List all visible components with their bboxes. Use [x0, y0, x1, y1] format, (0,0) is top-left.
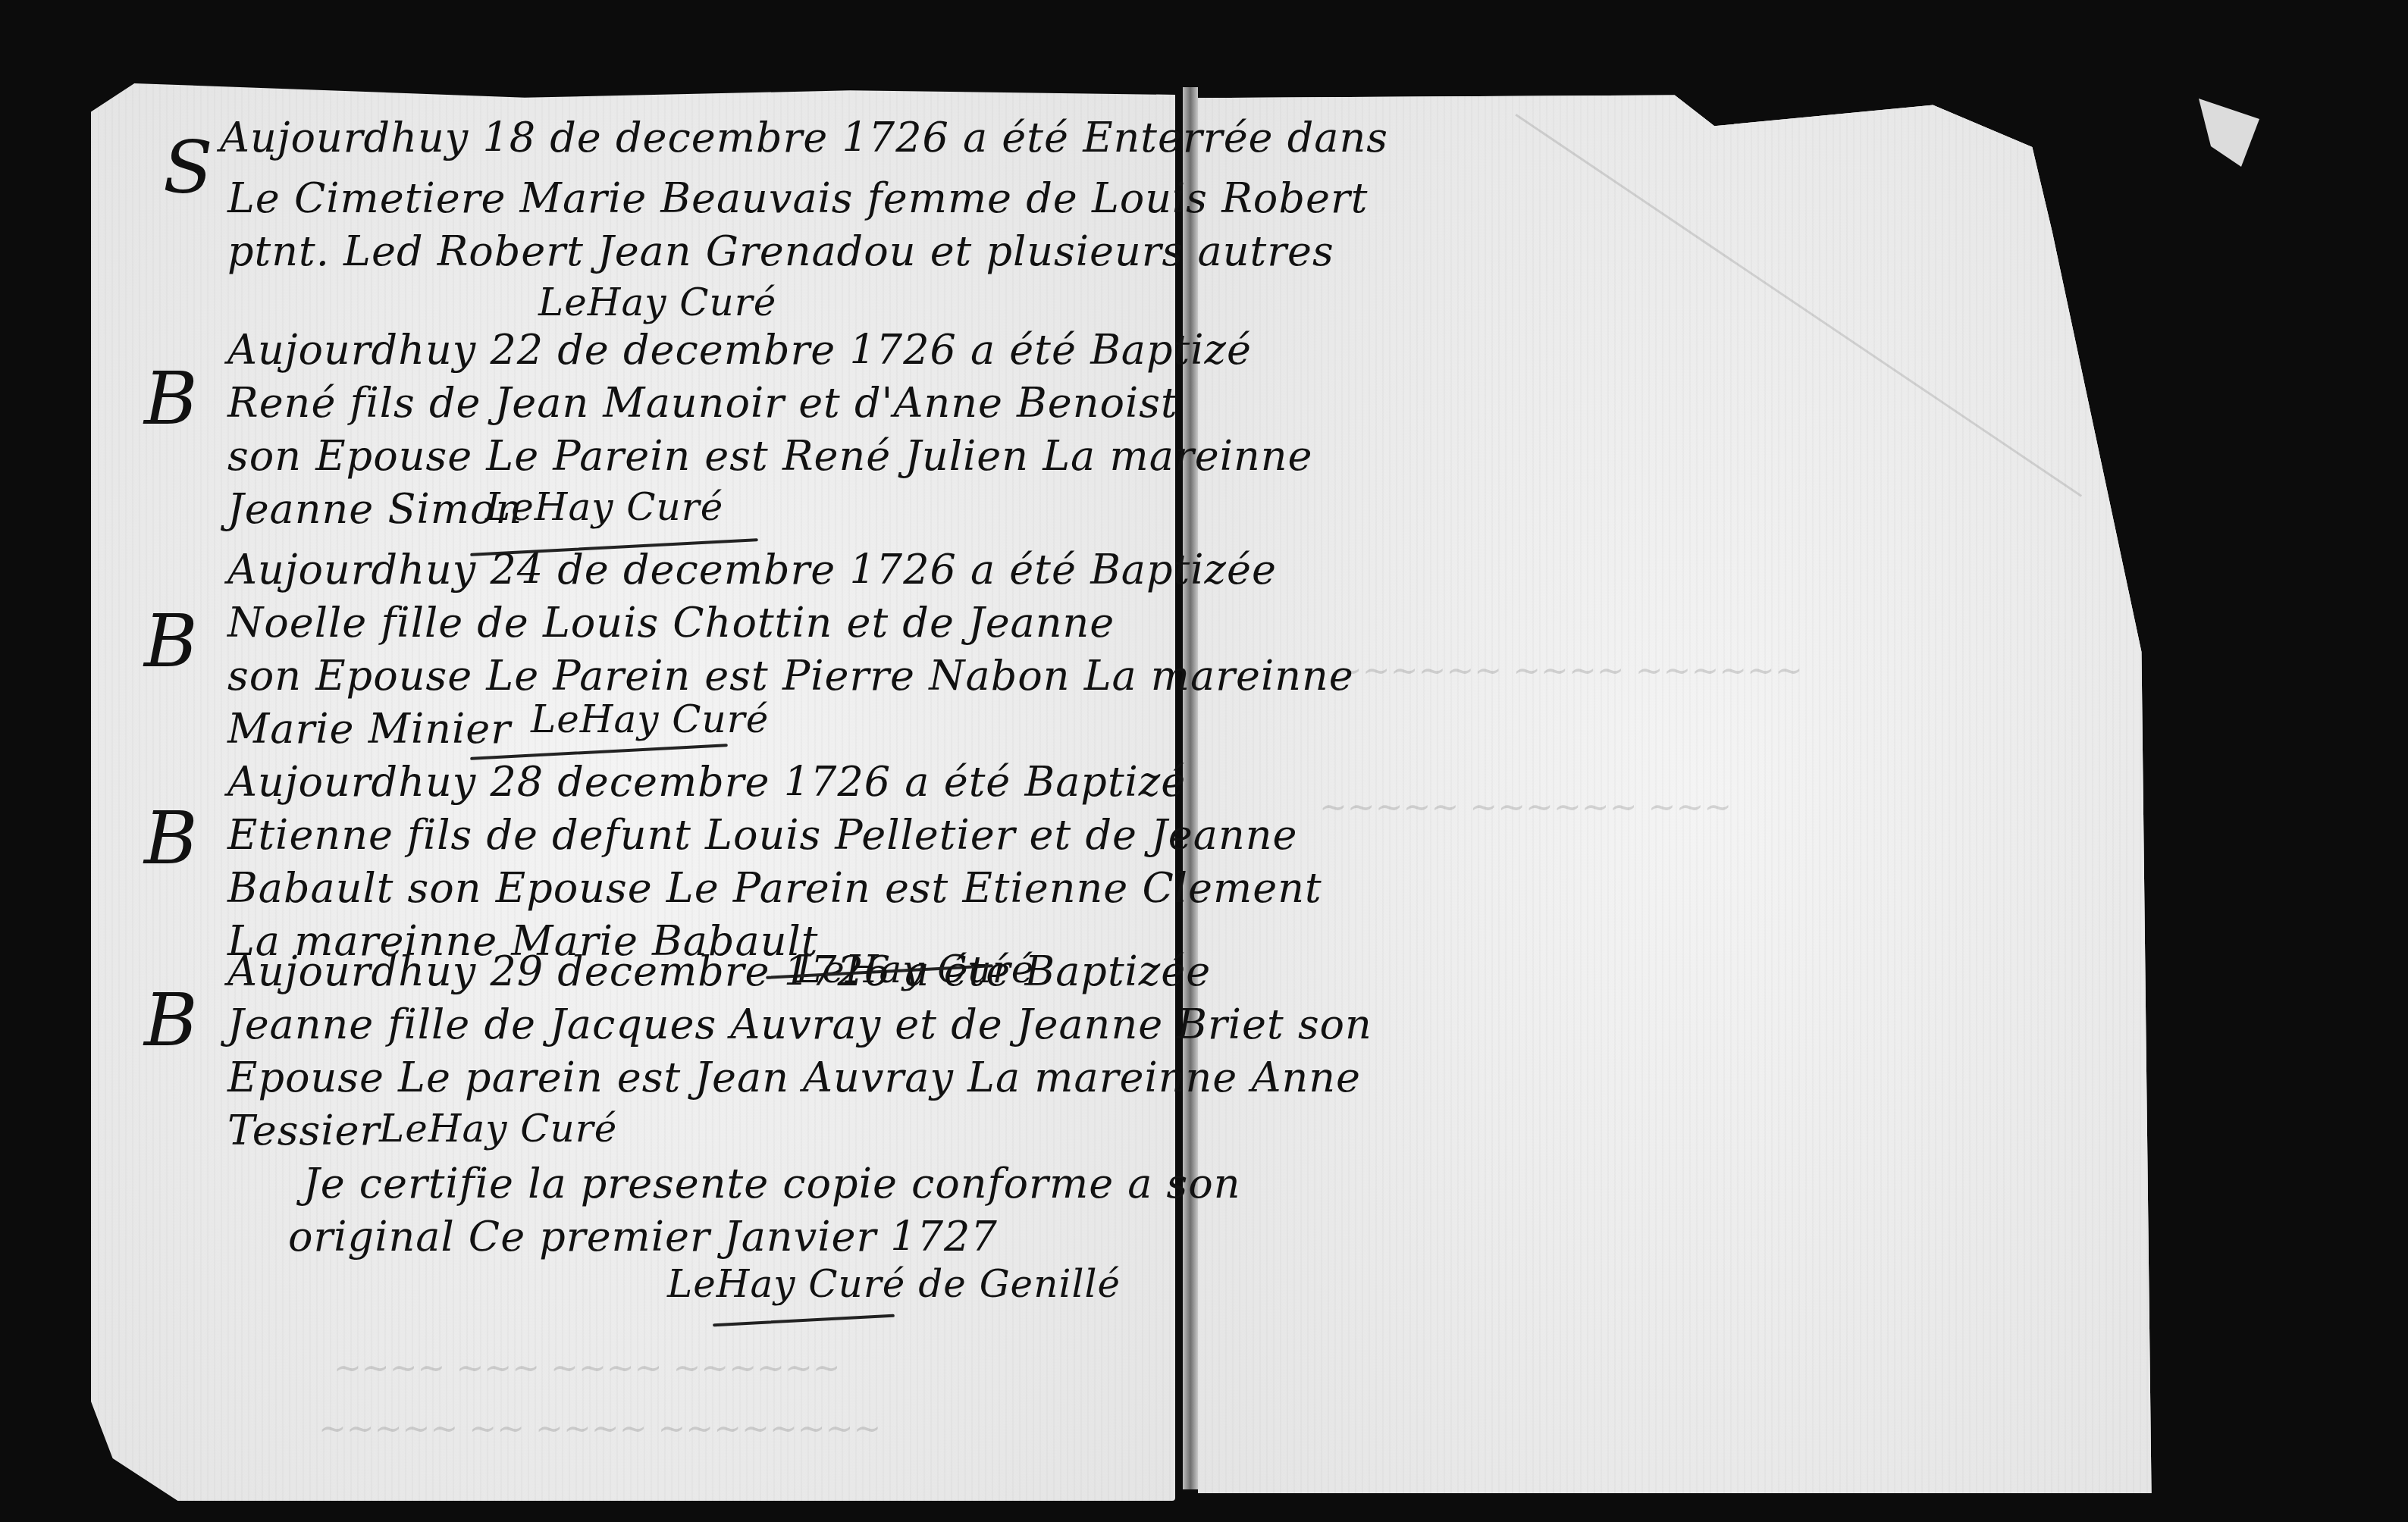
entry-2-line-3: son Epouse Le Parein est René Julien La …	[227, 432, 1312, 480]
entry-1-line-2: Le Cimetiere Marie Beauvais femme de Lou…	[227, 174, 1368, 222]
entry-4-line-1: Aujourdhuy 28 decembre 1726 a été Baptiz…	[227, 758, 1186, 806]
bleed-through-text: ~~~~~ ~~ ~~~~ ~~~~~~~~	[318, 1410, 881, 1448]
certification-line-1: Je certifie la presente copie conforme a…	[303, 1160, 1241, 1207]
torn-corner	[2199, 99, 2259, 167]
entry-3-line-3: son Epouse Le Parein est Pierre Nabon La…	[227, 652, 1354, 700]
margin-mark-baptism: B	[144, 599, 198, 684]
entry-3-line-1: Aujourdhuy 24 de decembre 1726 a été Bap…	[227, 546, 1277, 593]
entry-3-signature: LeHay Curé	[531, 697, 769, 741]
margin-mark-baptism: B	[144, 796, 198, 881]
certification-signature: LeHay Curé de Genillé	[667, 1262, 1121, 1306]
entry-5-line-4: Tessier	[227, 1107, 380, 1154]
entry-4-line-2: Etienne fils de defunt Louis Pelletier e…	[227, 811, 1297, 859]
entry-4-line-3: Babault son Epouse Le Parein est Etienne…	[227, 864, 1322, 912]
margin-mark-burial: S	[163, 125, 213, 210]
entry-3-line-2: Noelle fille de Louis Chottin et de Jean…	[227, 599, 1115, 647]
entry-2-line-4: Jeanne Simon	[227, 485, 522, 533]
bleed-through-text: ~~~~ ~~~ ~~~~ ~~~~~~	[334, 1349, 841, 1388]
entry-3-line-4: Marie Minier	[227, 705, 511, 753]
entry-1-line-3: ptnt. Led Robert Jean Grenadou et plusie…	[227, 227, 1334, 275]
entry-5-line-3: Epouse Le parein est Jean Auvray La mare…	[227, 1054, 1361, 1101]
entry-1-line-1: Aujourdhuy 18 de decembre 1726 a été Ent…	[220, 114, 1388, 161]
margin-mark-baptism: B	[144, 978, 198, 1063]
entry-5-line-1: Aujourdhuy 29 decembre 1726 a été Baptiz…	[227, 947, 1211, 995]
bleed-through-text: ~~~~~ ~~~~~~ ~~~	[1319, 788, 1732, 827]
bleed-through-text: ~~~~~~ ~~~~ ~~~~~~	[1334, 652, 1803, 691]
entry-2-line-1: Aujourdhuy 22 de decembre 1726 a été Bap…	[227, 326, 1252, 374]
certification-line-2: original Ce premier Janvier 1727	[288, 1213, 998, 1261]
margin-mark-baptism: B	[144, 356, 198, 441]
entry-5-signature: LeHay Curé	[379, 1107, 617, 1151]
entry-2-line-2: René fils de Jean Maunoir et d'Anne Beno…	[227, 379, 1178, 427]
entry-5-line-2: Jeanne fille de Jacques Auvray et de Jea…	[227, 1001, 1372, 1048]
entry-1-signature: LeHay Curé	[538, 280, 776, 324]
entry-2-signature: LeHay Curé	[485, 485, 723, 529]
